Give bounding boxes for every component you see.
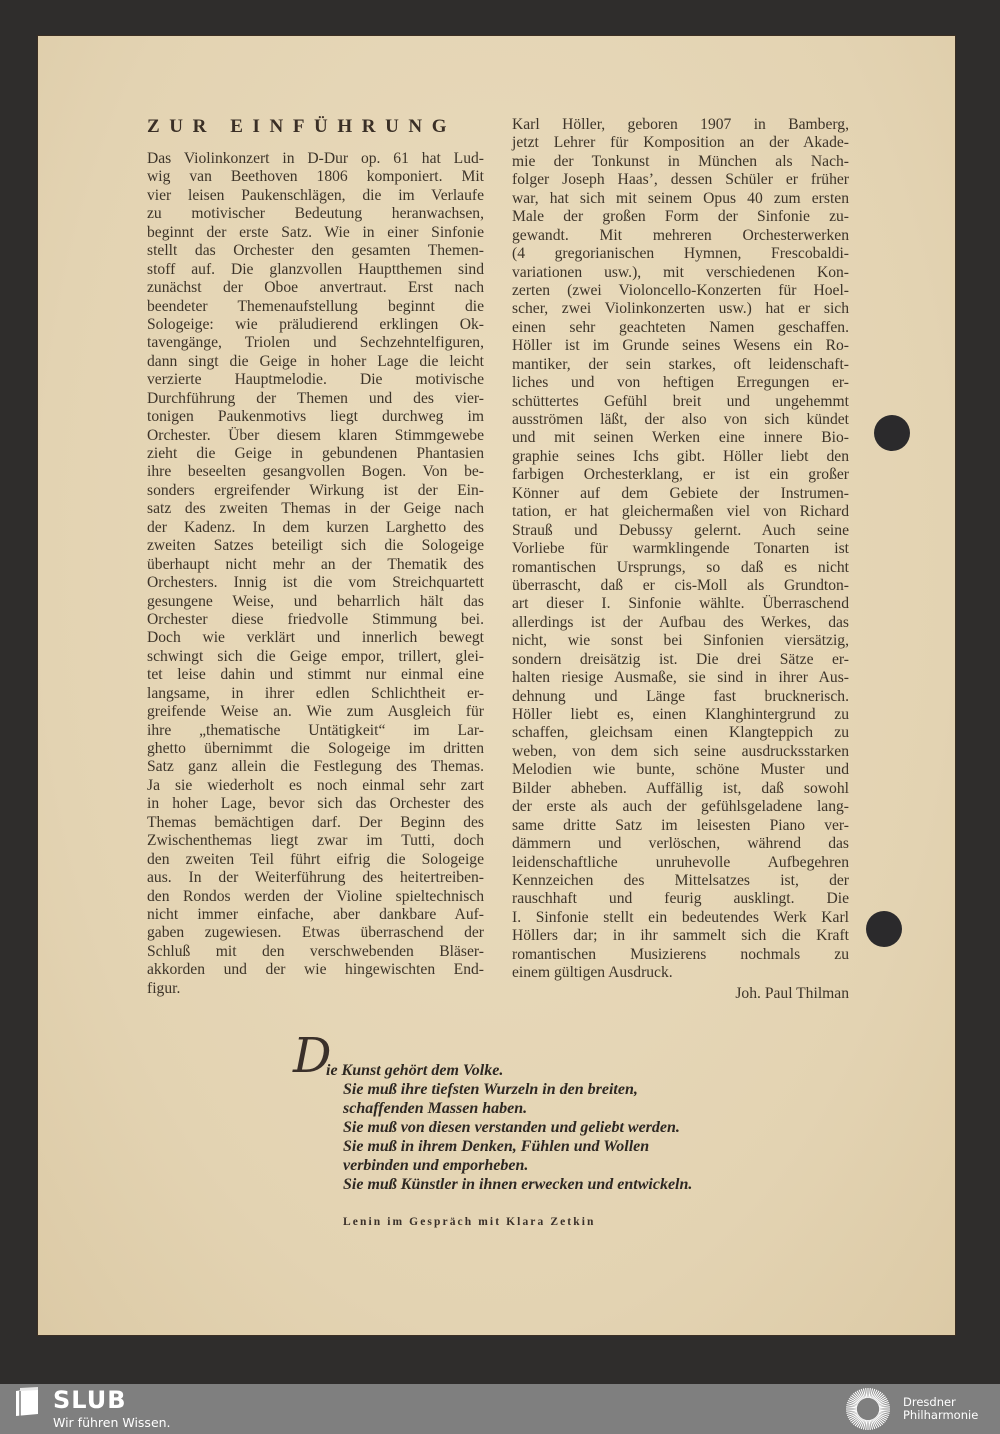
text-line: allerdings ist der Aufbau des Werkes, da… [512, 614, 849, 632]
text-line: variationen usw.), mit verschiedenen Kon… [512, 264, 849, 282]
quote-line: ie Kunst gehört dem Volke. [293, 1061, 793, 1080]
philharmonie-brand-line2: Philharmonie [903, 1409, 978, 1422]
text-line: sonders ergreifender Wirkung ist der Ein… [147, 482, 484, 500]
text-line: beginnt der erste Satz. Wie in einer Sin… [147, 224, 484, 242]
text-line: gewandt. Mit mehreren Orchesterwerken [512, 227, 849, 245]
text-line: Könner auf dem Gebiete der Instrumen- [512, 485, 849, 503]
text-line: weben, von dem sich seine ausdrucksstark… [512, 743, 849, 761]
footer-bar: SLUB Wir führen Wissen. Dresdner Philhar… [0, 1384, 1000, 1434]
text-line: aus. In der Weiterführung des heitertrei… [147, 869, 484, 887]
text-line: liches und von heftigen Erregungen er- [512, 374, 849, 392]
text-line: Schluß mit den verschwebenden Bläser- [147, 943, 484, 961]
lenin-quote: D ie Kunst gehört dem Volke.Sie muß ihre… [293, 1039, 793, 1194]
text-line: Doch wie verklärt und innerlich bewegt [147, 629, 484, 647]
text-line: den zweiten Teil führt eifrig die Sologe… [147, 851, 484, 869]
text-line: Orchester. Über diesem klaren Stimmgeweb… [147, 427, 484, 445]
text-line: leidenschaftliche unruhevolle Aufbegehre… [512, 854, 849, 872]
text-line: I. Sinfonie stellt ein bedeutendes Werk … [512, 909, 849, 927]
text-line: same dritte Satz im leisesten Piano ver- [512, 817, 849, 835]
text-line: gaben zugewiesen. Etwas überraschend der [147, 924, 484, 942]
quote-dropcap: D [293, 1032, 331, 1080]
text-line: zunächst der Oboe anvertraut. Erst nach [147, 279, 484, 297]
text-line: folger Joseph Haas’, dessen Schüler er f… [512, 171, 849, 189]
text-line: greifende Weise an. Wie zum Ausgleich fü… [147, 703, 484, 721]
text-line: art dieser I. Sinfonie wählte. Überrasch… [512, 595, 849, 613]
author-signature: Joh. Paul Thilman [512, 985, 849, 1003]
slub-tagline: Wir führen Wissen. [53, 1415, 171, 1431]
text-line: zieht die Geige in gebundenen Phantasien [147, 445, 484, 463]
text-line: Höller ist im Grunde seines Wesens ein R… [512, 337, 849, 355]
text-line: romantischen Musizierens nochmals zu [512, 946, 849, 964]
text-line: Zwischenthemas liegt zwar im Tutti, doch [147, 832, 484, 850]
text-line: nicht immer einfache, aber dankbare Auf- [147, 906, 484, 924]
punch-hole-top [874, 415, 910, 451]
text-line: Höllers dar; in ihr sammelt sich die Kra… [512, 927, 849, 945]
text-line: dehnung und Länge fast brucknerisch. [512, 688, 849, 706]
section-heading: ZUR EINFÜHRUNG [147, 116, 484, 138]
text-line: überhaupt nicht mehr an der Thematik des [147, 556, 484, 574]
text-line: stoff auf. Die glanzvollen Hauptthemen s… [147, 261, 484, 279]
text-line: verzierte Hauptmelodie. Die motivische [147, 371, 484, 389]
quote-line: Sie muß ihre tiefsten Wurzeln in den bre… [293, 1080, 793, 1099]
text-line: jetzt Lehrer für Komposition an der Akad… [512, 134, 849, 152]
text-line: figur. [147, 980, 484, 998]
text-line: überrascht, daß er cis-Moll als Grundton… [512, 577, 849, 595]
text-line: farbigen Orchesterklang, er ist ein groß… [512, 466, 849, 484]
text-line: romantischen Ursprungs, so daß es nicht [512, 559, 849, 577]
quote-text: ie Kunst gehört dem Volke.Sie muß ihre t… [293, 1061, 793, 1194]
text-line: war, hat sich mit seinem Opus 40 zum ers… [512, 190, 849, 208]
text-line: dann singt die Geige in hoher Lage die l… [147, 353, 484, 371]
left-column-text: Das Violinkonzert in D-Dur op. 61 hat Lu… [147, 150, 484, 998]
text-line: tavengänge, Triolen und Sechzehntelfigur… [147, 334, 484, 352]
text-line: tet leise dahin und stimmt nur einmal ei… [147, 666, 484, 684]
quote-line: Sie muß in ihrem Denken, Fühlen und Woll… [293, 1137, 793, 1156]
quote-attribution: Lenin im Gespräch mit Klara Zetkin [343, 1216, 596, 1228]
text-line: akkorden und der wie hingewischten End- [147, 961, 484, 979]
text-line: ghetto übernimmt die Sologeige im dritte… [147, 740, 484, 758]
slub-brand[interactable]: SLUB [53, 1386, 127, 1414]
text-line: mie der Tonkunst in München als Nach- [512, 153, 849, 171]
text-line: satz des zweiten Themas in der Geige nac… [147, 500, 484, 518]
text-line: mantiker, der sein starkes, oft leidensc… [512, 356, 849, 374]
text-line: schwingt sich die Geige empor, trillert,… [147, 648, 484, 666]
text-line: scher, zwei Violinkonzerten usw.) hat er… [512, 300, 849, 318]
quote-line: verbinden und emporheben. [293, 1156, 793, 1175]
text-line: Sologeige: wie präludierend erklingen Ok… [147, 316, 484, 334]
text-line: einen sehr geachteten Namen geschaffen. [512, 319, 849, 337]
text-line: Durchführung der Themen und des vier- [147, 390, 484, 408]
text-line: Strauß und Debussy gelernt. Auch seine [512, 522, 849, 540]
text-line: schüttertes Gefühl breit und ungehemmt [512, 393, 849, 411]
text-line: ausströmen läßt, der also von sich künde… [512, 411, 849, 429]
text-line: Karl Höller, geboren 1907 in Bamberg, [512, 116, 849, 134]
right-column-text: Karl Höller, geboren 1907 in Bamberg,jet… [512, 116, 849, 983]
text-line: stellt das Orchester den gesamten Themen… [147, 242, 484, 260]
right-column: Karl Höller, geboren 1907 in Bamberg,jet… [512, 116, 849, 1003]
text-line: der erste als auch der gefühlsgeladene l… [512, 798, 849, 816]
text-line: langsame, in ihrer edlen Schlichtheit er… [147, 685, 484, 703]
text-line: sondern dreisätzig ist. Die drei Sätze e… [512, 651, 849, 669]
quote-line: Sie muß Künstler in ihnen erwecken und e… [293, 1175, 793, 1194]
text-line: rauschhaft und feurig ausklingt. Die [512, 890, 849, 908]
slub-book-icon [13, 1387, 41, 1417]
philharmonie-sunburst-icon [842, 1385, 894, 1433]
text-line: Das Violinkonzert in D-Dur op. 61 hat Lu… [147, 150, 484, 168]
text-line: und mit seinen Werken eine innere Bio- [512, 429, 849, 447]
text-line: (4 gregorianischen Hymnen, Frescobaldi- [512, 245, 849, 263]
text-line: zu motivischer Bedeutung heranwachsen, [147, 205, 484, 223]
text-line: gesungene Weise, und beharrlich hält das [147, 593, 484, 611]
text-line: tation, er hat gleichermaßen viel von Ri… [512, 503, 849, 521]
text-line: Orchesters. Innig ist die vom Streichqua… [147, 574, 484, 592]
text-line: beendeter Themenaufstellung beginnt die [147, 298, 484, 316]
text-line: Melodien wie bunte, schöne Muster und [512, 761, 849, 779]
text-line: Höller liebt es, einen Klanghintergrund … [512, 706, 849, 724]
text-line: zweiten Satzes beteiligt sich die Sologe… [147, 537, 484, 555]
philharmonie-brand[interactable]: Dresdner Philharmonie [903, 1396, 978, 1422]
punch-hole-bottom [866, 911, 902, 947]
text-line: graphie seines Ichs gibt. Höller liebt d… [512, 448, 849, 466]
text-line: Ja sie wiederholt es noch einmal sehr za… [147, 777, 484, 795]
text-line: einem gültigen Ausdruck. [512, 964, 849, 982]
text-line: dämmern und verlöschen, während das [512, 835, 849, 853]
text-line: ihre beseelten gesangvollen Bogen. Von b… [147, 463, 484, 481]
document-page: ZUR EINFÜHRUNG Das Violinkonzert in D-Du… [38, 36, 955, 1335]
text-line: Kennzeichen des Mittelsatzes ist, der [512, 872, 849, 890]
text-line: Bilder abheben. Auffällig ist, daß sowoh… [512, 780, 849, 798]
quote-line: schaffenden Massen haben. [293, 1099, 793, 1118]
text-line: der Kadenz. In dem kurzen Larghetto des [147, 519, 484, 537]
text-line: Satz ganz allein die Festlegung des Them… [147, 758, 484, 776]
text-line: Male der großen Form der Sinfonie zu- [512, 208, 849, 226]
text-line: ihre „thematische Untätigkeit“ im Lar- [147, 722, 484, 740]
text-line: zerten (zwei Violoncello-Konzerten für H… [512, 282, 849, 300]
left-column: ZUR EINFÜHRUNG Das Violinkonzert in D-Du… [147, 116, 484, 998]
text-line: halten riesige Ausmaße, sie sind in ihre… [512, 669, 849, 687]
text-line: schaffen, gleichsam einen Klangteppich z… [512, 724, 849, 742]
text-line: tonigen Paukenmotivs liegt durchweg im [147, 408, 484, 426]
text-line: Vorliebe für warmklingende Tonarten ist [512, 540, 849, 558]
text-line: vier leisen Paukenschlägen, die im Verla… [147, 187, 484, 205]
text-line: in hoher Lage, bevor sich das Orchester … [147, 795, 484, 813]
text-line: Themas bemächtigen darf. Der Beginn des [147, 814, 484, 832]
text-line: nicht, wie sonst bei Sinfonien viersätzi… [512, 632, 849, 650]
quote-line: Sie muß von diesen verstanden und gelieb… [293, 1118, 793, 1137]
text-line: den Rondos werden der Violine spieltechn… [147, 888, 484, 906]
text-line: Orchester diese friedvolle Stimmung bei. [147, 611, 484, 629]
text-line: wig van Beethoven 1806 komponiert. Mit [147, 168, 484, 186]
